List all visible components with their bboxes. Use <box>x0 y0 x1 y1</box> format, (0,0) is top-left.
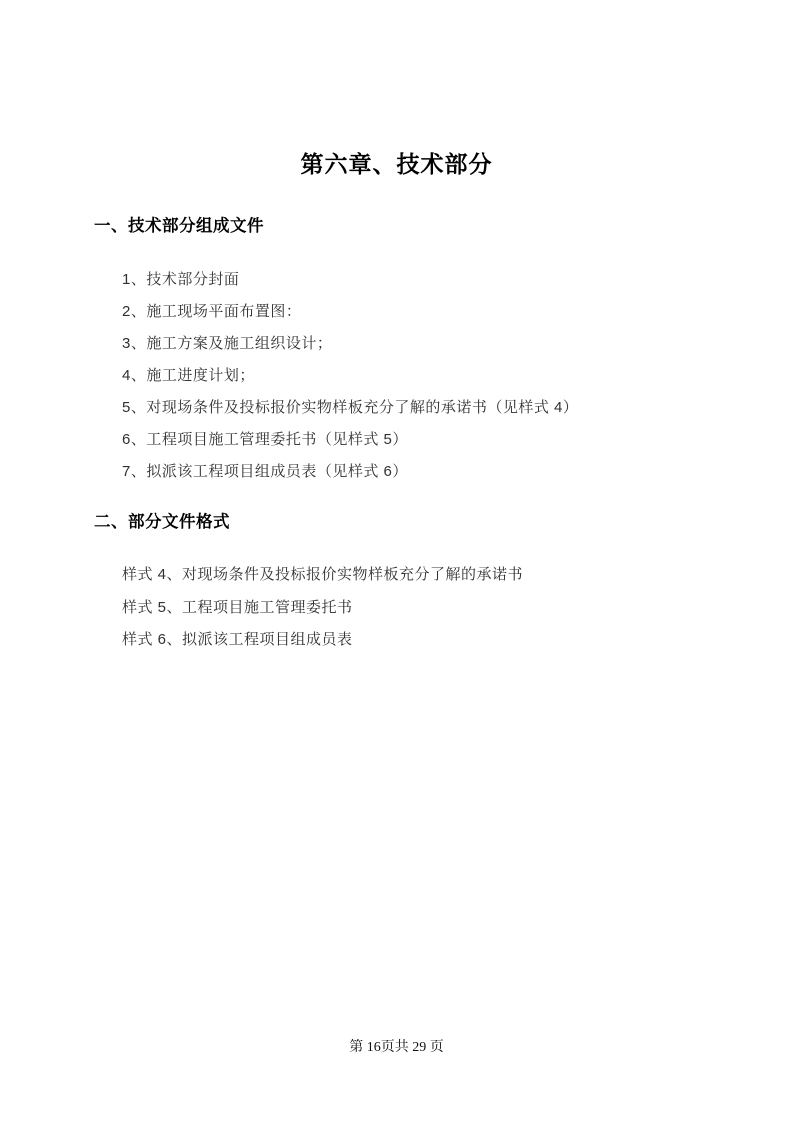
list-item: 3、施工方案及施工组织设计； <box>122 336 793 352</box>
list-item: 4、施工进度计划； <box>122 368 793 384</box>
section-2-heading: 二、部分文件格式 <box>94 508 793 532</box>
section-1-heading: 一、技术部分组成文件 <box>94 212 793 236</box>
list-item: 2、施工现场平面布置图： <box>122 304 793 320</box>
list-item: 7、拟派该工程项目组成员表（见样式 6） <box>122 464 793 480</box>
component-files-list: 1、技术部分封面 2、施工现场平面布置图： 3、施工方案及施工组织设计； 4、施… <box>122 272 793 480</box>
page-number-footer: 第 16页共 29 页 <box>0 1036 793 1056</box>
list-item: 样式 4、对现场条件及投标报价实物样板充分了解的承诺书 <box>122 567 793 583</box>
list-item: 样式 6、拟派该工程项目组成员表 <box>122 632 793 648</box>
section-component-files: 一、技术部分组成文件 1、技术部分封面 2、施工现场平面布置图： 3、施工方案及… <box>0 212 793 480</box>
list-item: 样式 5、工程项目施工管理委托书 <box>122 600 793 616</box>
section-file-formats: 二、部分文件格式 样式 4、对现场条件及投标报价实物样板充分了解的承诺书 样式 … <box>0 508 793 648</box>
list-item: 5、对现场条件及投标报价实物样板充分了解的承诺书（见样式 4） <box>122 400 793 416</box>
list-item: 6、工程项目施工管理委托书（见样式 5） <box>122 432 793 448</box>
chapter-title: 第六章、技术部分 <box>0 0 793 179</box>
list-item: 1、技术部分封面 <box>122 272 793 288</box>
document-page: 第六章、技术部分 一、技术部分组成文件 1、技术部分封面 2、施工现场平面布置图… <box>0 0 793 1122</box>
file-formats-list: 样式 4、对现场条件及投标报价实物样板充分了解的承诺书 样式 5、工程项目施工管… <box>122 567 793 648</box>
